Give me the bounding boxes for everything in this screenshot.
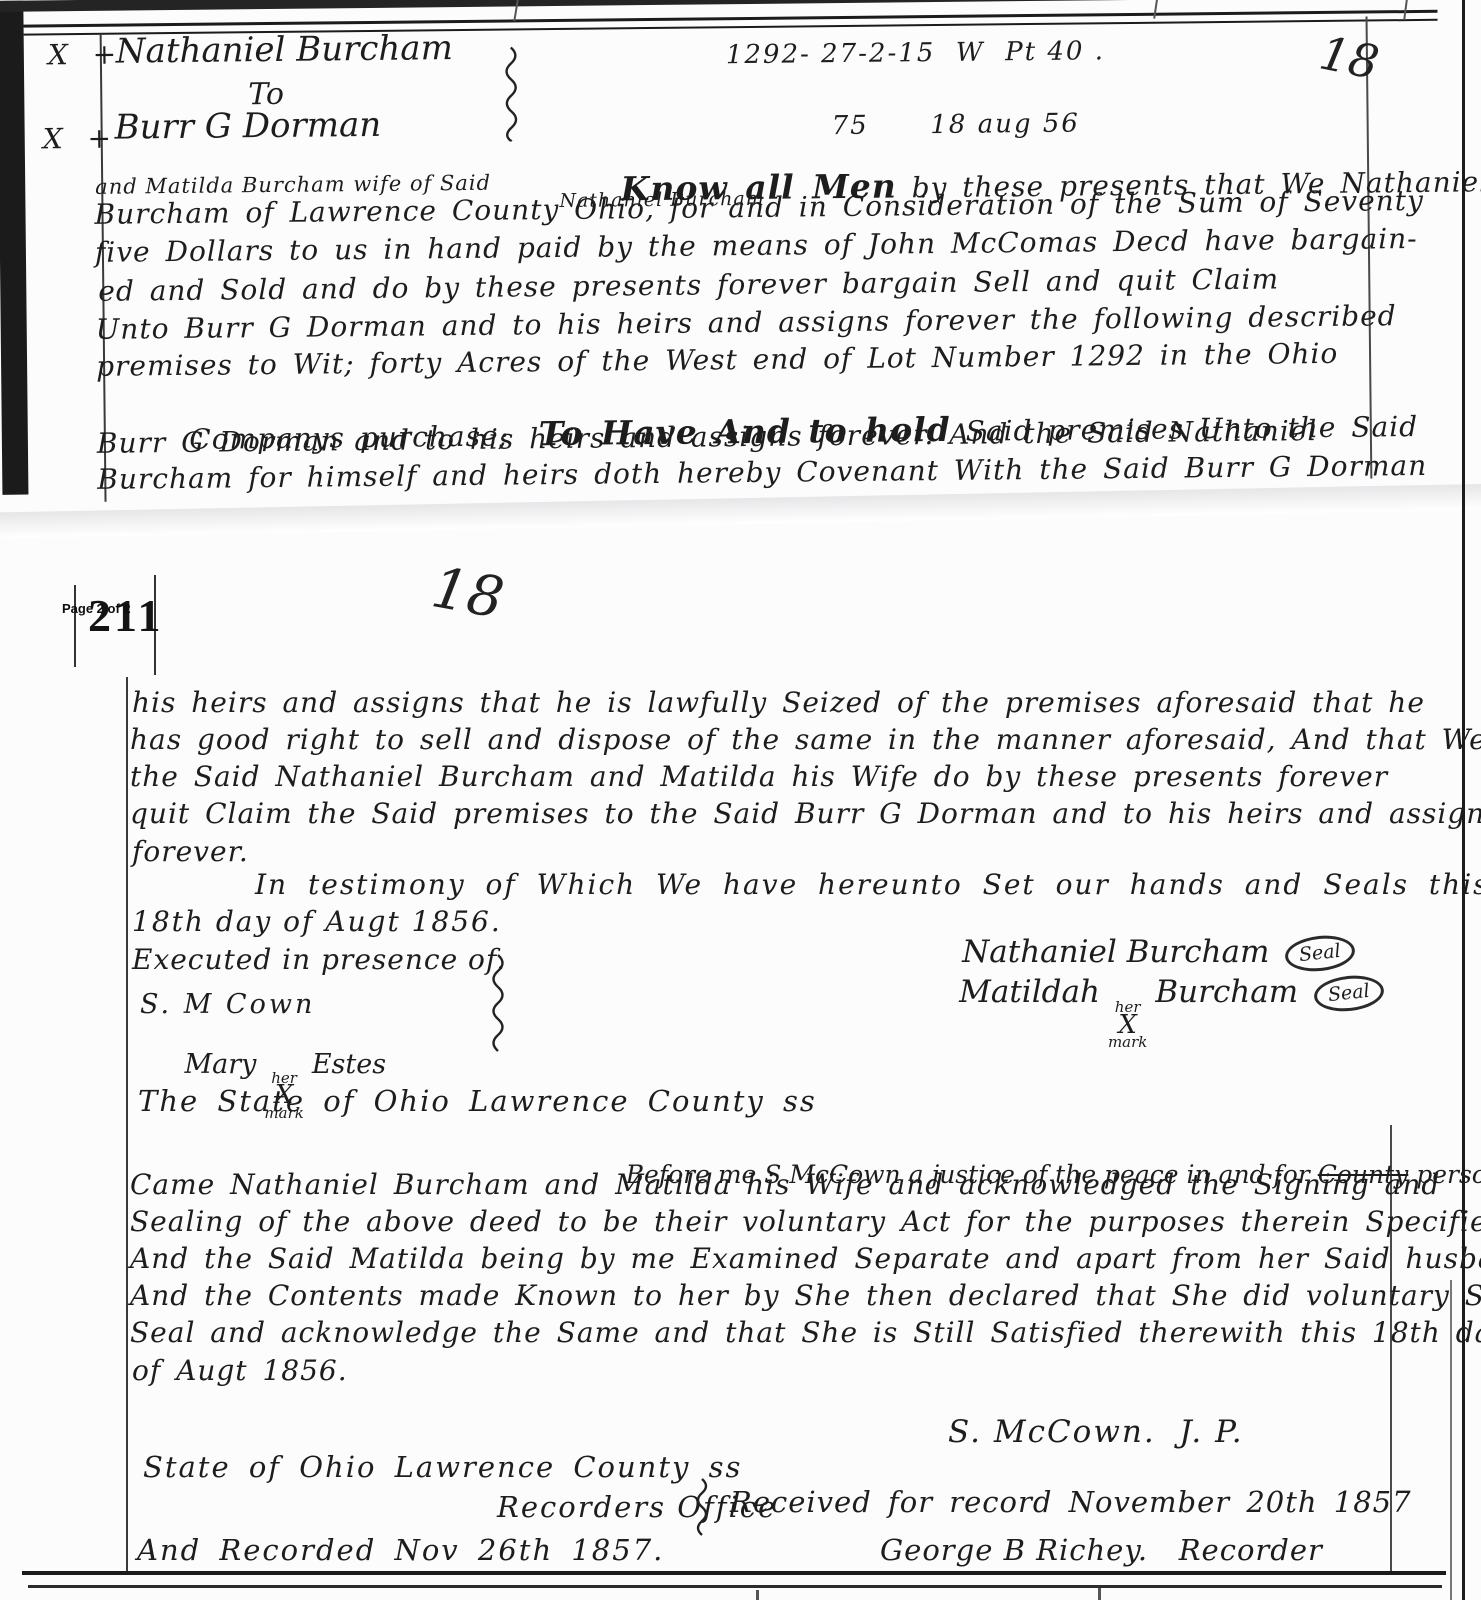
deed-page-1: X + Nathaniel Burcham To X + Burr G Dorm… [0, 0, 1481, 506]
pen-stroke [1098, 1588, 1101, 1600]
mark-label: mark [1108, 1036, 1147, 1049]
recorder-signature: George B Richey. Recorder [880, 1535, 1323, 1567]
deed-line: premises to Wit; forty Acres of the West… [96, 339, 1338, 383]
bottom-double-rule-2 [28, 1585, 1442, 1588]
witness-heading: Executed in presence of. [132, 945, 506, 976]
brace-squiggle-icon [487, 953, 509, 1053]
testimony-line: 18th day of Augt 1856. [132, 907, 502, 938]
witness-signature: MaryherXmarkEstes [133, 1020, 386, 1139]
deed-page-2: Page 2 of 2 211 18 his heirs and assigns… [0, 505, 1481, 1600]
deed-line: five Dollars to us in hand paid by the m… [95, 224, 1418, 269]
margin-mark: X + [43, 124, 120, 156]
deed-line: quit Claim the Said premises to the Said… [130, 799, 1481, 830]
margin-mark: X + [48, 40, 125, 72]
scanned-deed-document: X + Nathaniel Burcham To X + Burr G Dorm… [0, 0, 1481, 1600]
scan-top-band [0, 0, 1449, 12]
recorder-recorded: And Recorded Nov 26th 1857. [137, 1535, 664, 1567]
pen-stroke [1153, 0, 1159, 19]
grantor-name: Nathaniel Burcham [116, 30, 453, 71]
jp-signature: S. McCown. J. P. [948, 1415, 1244, 1449]
page-corner-number: 18 [1316, 27, 1383, 88]
recorder-received: Received for record November 20th 1857 [730, 1487, 1412, 1519]
witness-first-name: Mary [185, 1049, 257, 1080]
stamp-tick [74, 585, 76, 667]
brace-squiggle-icon [692, 1477, 712, 1539]
bottom-double-rule-1 [22, 1571, 1446, 1575]
pen-stroke [756, 1590, 759, 1600]
deed-line: forever. [132, 837, 249, 868]
grantee-name: Burr G Dorman [114, 107, 381, 147]
acknowledgment-line: And the Said Matilda being by me Examine… [130, 1244, 1481, 1275]
seal: Seal [1313, 973, 1386, 1015]
deed-line: ed and Sold and do by these presents for… [98, 264, 1279, 307]
acknowledgment-line: Sealing of the above deed to be their vo… [130, 1207, 1481, 1238]
testimony-line: In testimony of Which We have hereunto S… [255, 870, 1481, 901]
recorder-heading: State of Ohio Lawrence County ss [143, 1452, 742, 1484]
matilda-first-name: Matildah [959, 974, 1100, 1010]
acknowledgment-line: of Augt 1856. [132, 1356, 348, 1387]
deed-line: the Said Nathaniel Burcham and Matilda h… [130, 762, 1388, 793]
acknowledgment-heading: The State of Ohio Lawrence County ss [138, 1086, 817, 1118]
docket-number: 1292- 27-2-15 W Pt 40 . [726, 37, 1105, 70]
deed-line: has good right to sell and dispose of th… [130, 725, 1481, 756]
witness-signature: S. M Cown [140, 990, 315, 1020]
page-stamp: Page 2 of 2 [62, 601, 131, 616]
matilda-signature: MatildahherXmarkBurchamSeal [900, 941, 1384, 1073]
page-corner-number: 18 [427, 557, 508, 630]
her-mark: herXmark [1108, 1001, 1147, 1049]
deed-line: his heirs and assigns that he is lawfull… [132, 688, 1425, 719]
left-margin-rule [126, 677, 128, 1575]
witness-last-name: Estes [312, 1049, 386, 1080]
acknowledgment-line: And the Contents made Known to her by Sh… [130, 1281, 1481, 1312]
scan-left-edge [0, 1, 28, 495]
matilda-last-name: Burcham [1155, 974, 1298, 1010]
acknowledgment-line: Seal and acknowledge the Same and that S… [130, 1318, 1481, 1349]
top-double-rule-1 [24, 10, 1438, 28]
acknowledgment-line: Came Nathaniel Burcham and Matilda his W… [130, 1170, 1440, 1201]
brace-squiggle-icon [500, 45, 523, 141]
